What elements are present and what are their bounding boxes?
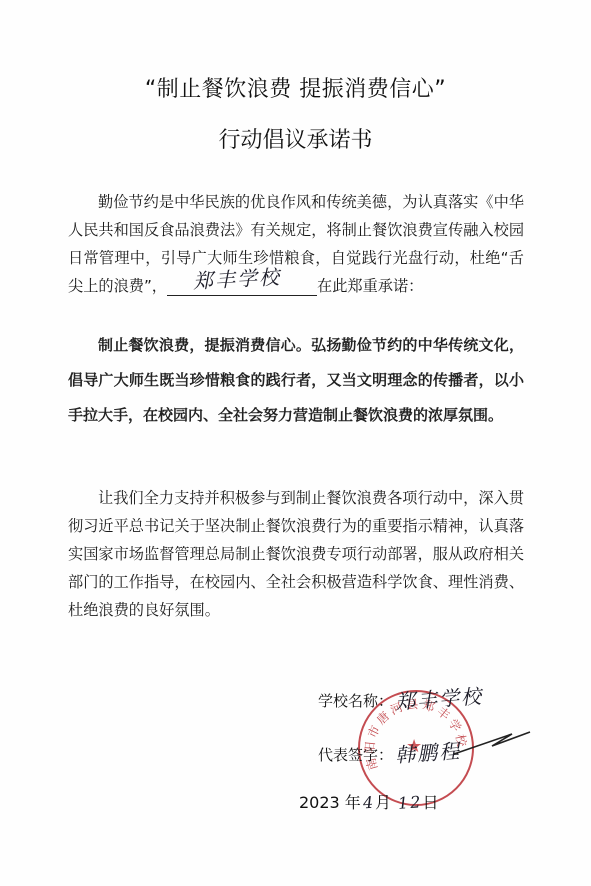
handwritten-month: 4 — [362, 793, 375, 813]
handwritten-school-signature: 郑丰学校 — [394, 680, 484, 715]
paragraph-intro: 勤俭节约是中华民族的优良作风和传统美德，为认真落实《中华人民共和国反食品浪费法》… — [68, 188, 524, 300]
paragraph-commitment: 制止餐饮浪费，提振消费信心。弘扬勤俭节约的中华传统文化，倡导广大师生既当珍惜粮食… — [68, 328, 524, 433]
pledge-document-page: “制止餐饮浪费 提振消费信心” 行动倡议承诺书 勤俭节约是中华民族的优良作风和传… — [0, 0, 591, 886]
school-name-blank: 郑丰学校 — [167, 273, 317, 296]
date-row: 2023 年4月 12日 — [299, 790, 438, 813]
handwritten-school-name: 郑丰学校 — [192, 263, 281, 296]
school-name-row: 学校名称：郑丰学校 — [318, 683, 483, 712]
paragraph-action: 让我们全力支持并积极参与到制止餐饮浪费各项行动中，深入贯彻习近平总书记关于坚决制… — [68, 484, 524, 624]
signature-flourish-icon — [452, 728, 532, 758]
handwritten-day: 12 — [397, 792, 423, 813]
date-day-unit: 日 — [422, 793, 438, 812]
document-title: “制止餐饮浪费 提振消费信心” — [0, 72, 591, 103]
document-subtitle: 行动倡议承诺书 — [0, 123, 591, 154]
school-name-label: 学校名称： — [318, 692, 393, 710]
representative-signature-row: 代表签字：韩鹏程 — [318, 737, 461, 766]
representative-label: 代表签字： — [318, 746, 393, 764]
date-month-unit: 月 — [375, 793, 391, 812]
date-year: 2023 年 — [299, 793, 361, 812]
paragraph-intro-ending: 在此郑重承诺： — [317, 277, 423, 295]
